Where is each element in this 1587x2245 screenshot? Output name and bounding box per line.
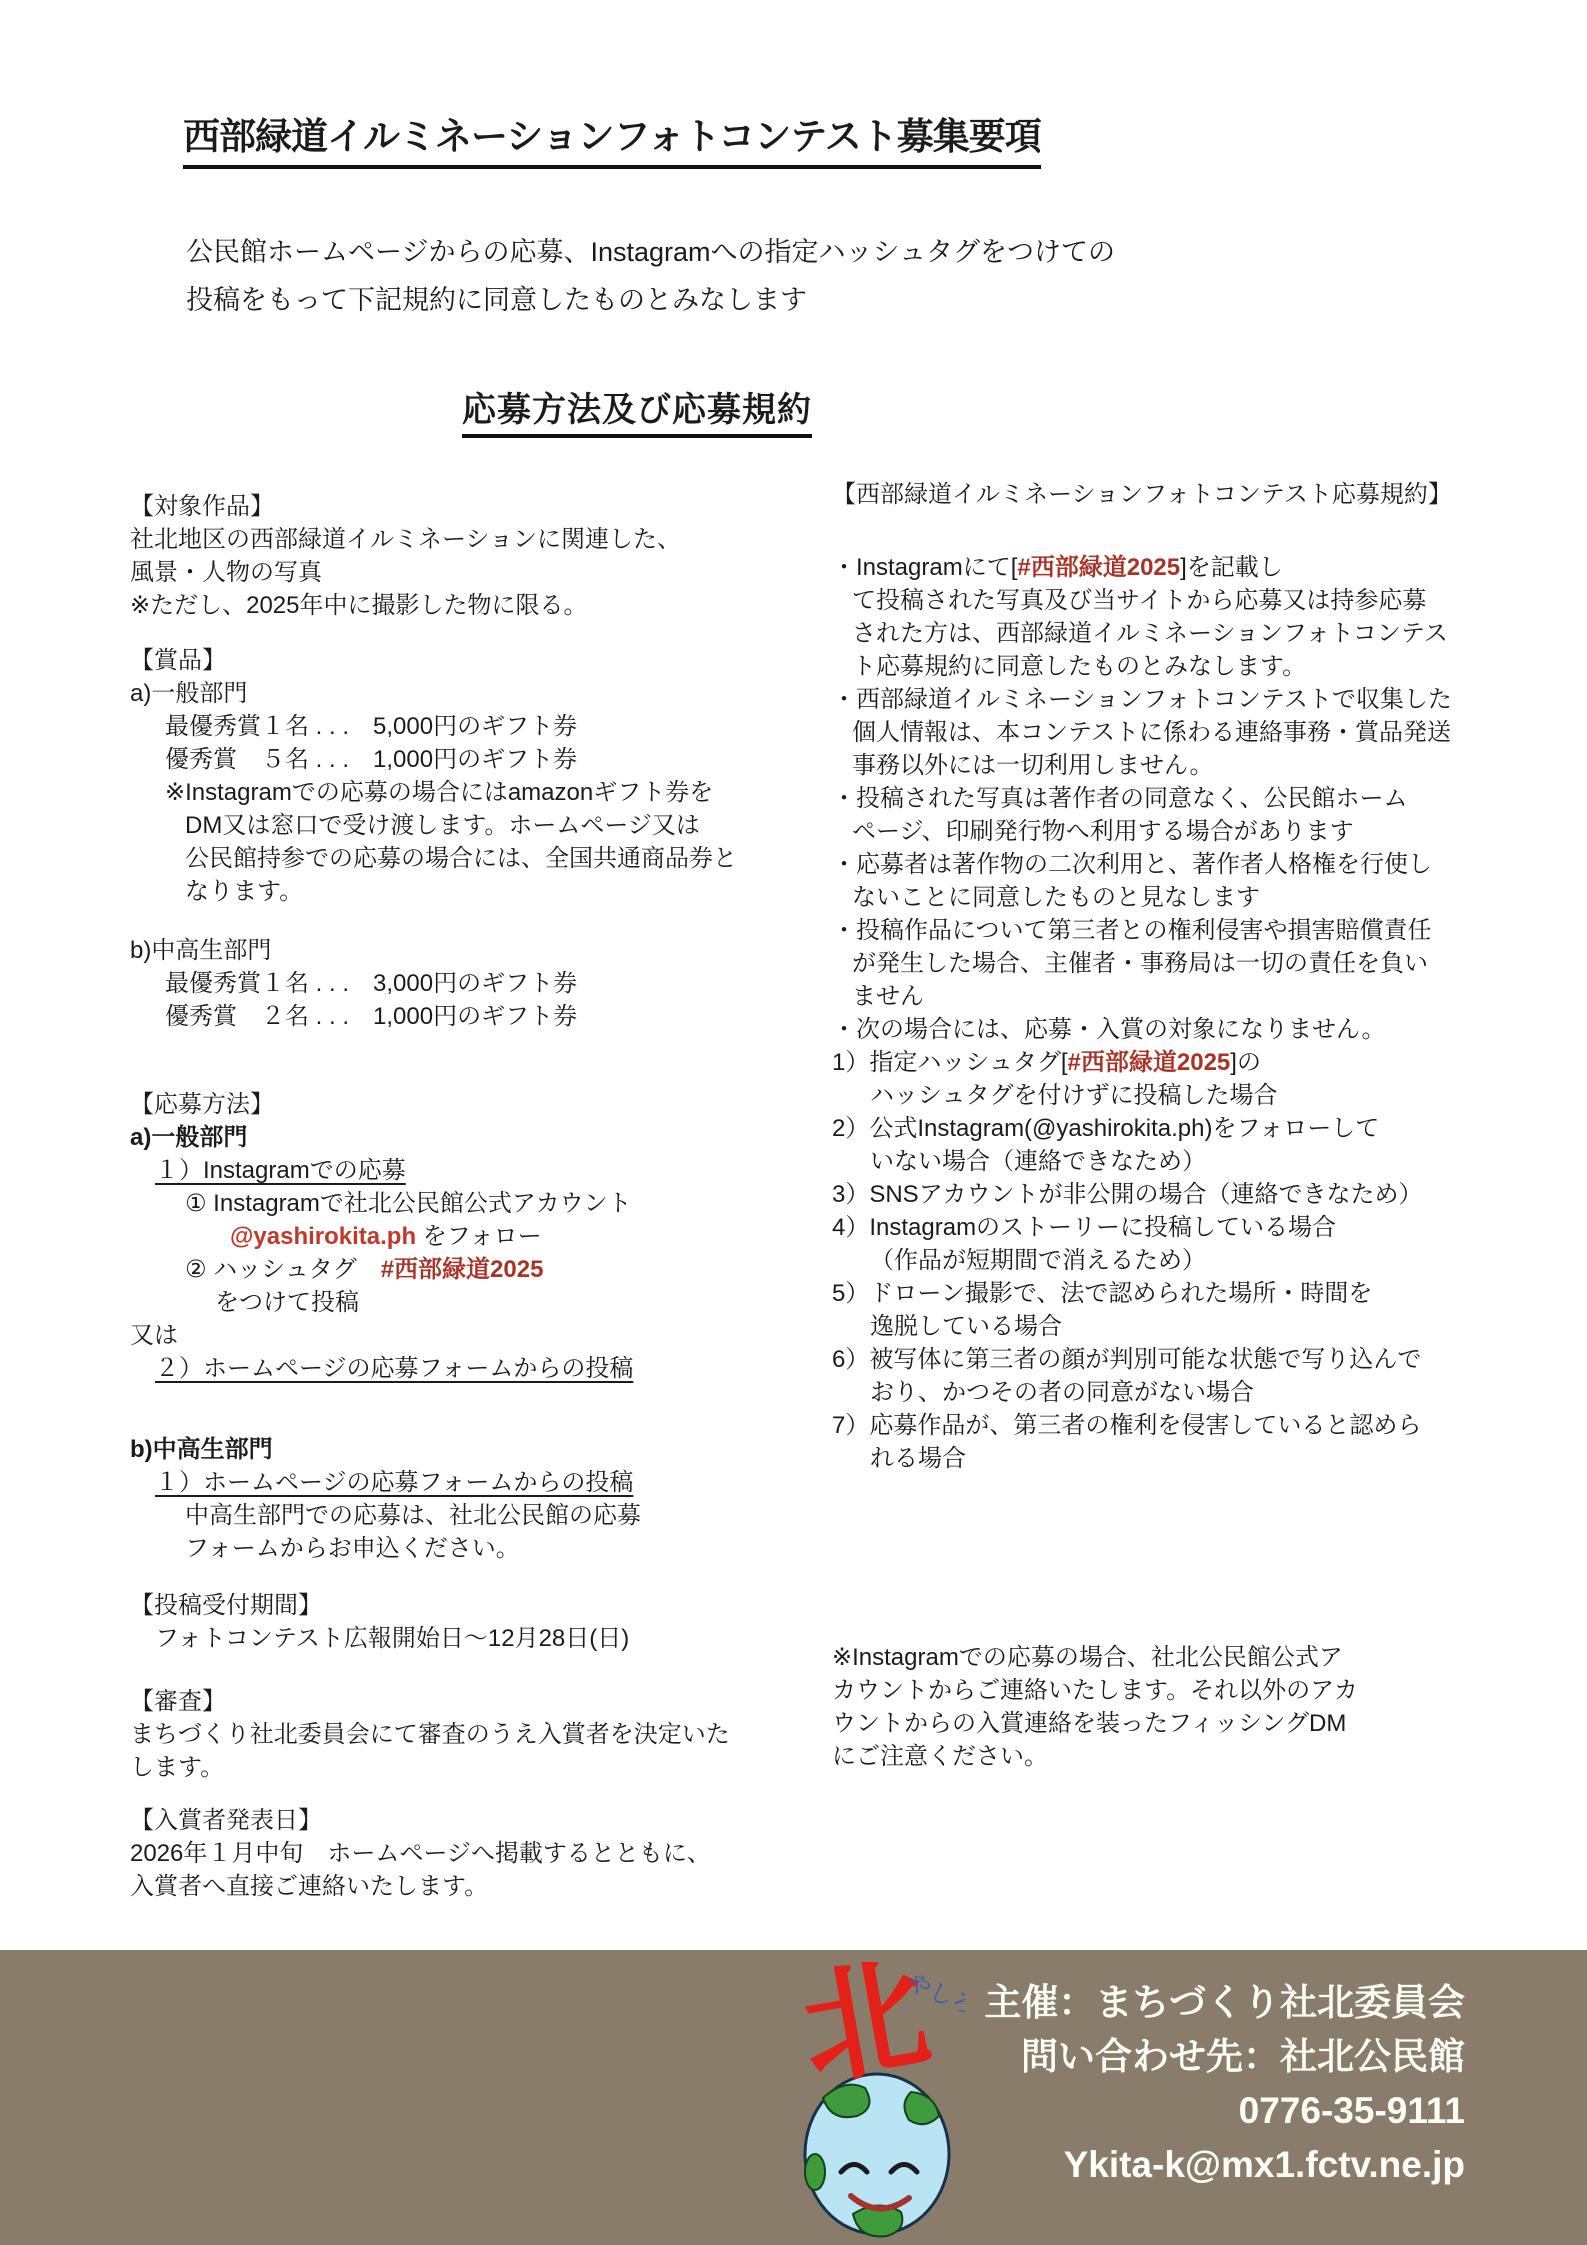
target-works-label: 【対象作品】 xyxy=(130,490,730,523)
exclusion-line: 逸脱している場合 xyxy=(832,1310,1492,1343)
rule-line: ません xyxy=(832,980,1492,1013)
entry-step-1: ① Instagramで社北公民館公式アカウント xyxy=(130,1187,730,1220)
judging-line: まちづくり社北委員会にて審査のうえ入賞者を決定いた xyxy=(130,1718,730,1751)
announcement-line: 入賞者へ直接ご連絡いたします。 xyxy=(130,1870,730,1903)
rule-bullet: ・投稿された写真は著作者の同意なく、公民館ホーム xyxy=(832,782,1492,815)
footer-contact-block: 主催：まちづくり社北委員会 問い合わせ先：社北公民館 0776-35-9111 … xyxy=(984,1976,1465,2192)
contact-line: 問い合わせ先：社北公民館 xyxy=(984,2030,1465,2084)
phone-number: 0776-35-9111 xyxy=(984,2084,1465,2138)
prize-note-line: ※Instagramでの応募の場合にはamazonギフト券を xyxy=(130,776,730,809)
rule-bullet: ・投稿作品について第三者との権利侵害や損害賠償責任 xyxy=(832,914,1492,947)
entry-student-line: フォームからお申込ください。 xyxy=(130,1532,730,1565)
continent-shape xyxy=(805,2154,825,2190)
target-works-line: 風景・人物の写真 xyxy=(130,556,730,589)
exclusion-item: 1）指定ハッシュタグ[#西部緑道2025]の xyxy=(832,1046,1492,1079)
exclusion-item: 4）Instagramのストーリーに投稿している場合 xyxy=(832,1211,1492,1244)
intro-line: 投稿をもって下記規約に同意したものとみなします xyxy=(186,276,1115,324)
prize-line: 最優秀賞１名 . . . 3,000円のギフト券 xyxy=(130,967,730,1000)
period-label: 【投稿受付期間】 xyxy=(130,1589,730,1622)
announcement-label: 【入賞者発表日】 xyxy=(130,1804,730,1837)
prizes-section: 【賞品】 a)一般部門 最優秀賞１名 . . . 5,000円のギフト券 優秀賞… xyxy=(130,644,730,908)
prize-line: 優秀賞 ５名 . . . 1,000円のギフト券 xyxy=(130,743,730,776)
judging-label: 【審査】 xyxy=(130,1685,730,1718)
yashirokita-earth-logo: 北 やしろ xyxy=(795,1962,965,2242)
rule-bullet: ・西部緑道イルミネーションフォトコンテストで収集した xyxy=(832,683,1492,716)
rule-bullet: ・次の場合には、応募・入賞の対象になりません。 xyxy=(832,1013,1492,1046)
period-section: 【投稿受付期間】 フォトコンテスト広報開始日～12月28日(日) xyxy=(130,1589,730,1655)
exclusion-line: （作品が短期間で消えるため） xyxy=(832,1244,1492,1277)
exclusion-line: ハッシュタグを付けずに投稿した場合 xyxy=(832,1079,1492,1112)
entry-student-line: 中高生部門での応募は、社北公民館の応募 xyxy=(130,1499,730,1532)
prizes-student-head: b)中高生部門 xyxy=(130,934,730,967)
exclusion-item: 2）公式Instagram(@yashirokita.ph)をフォローして xyxy=(832,1112,1492,1145)
rule-line: 個人情報は、本コンテストに係わる連絡事務・賞品発送 xyxy=(832,716,1492,749)
prize-note-line: なります。 xyxy=(130,875,730,908)
prize-line: 優秀賞 ２名 . . . 1,000円のギフト券 xyxy=(130,1000,730,1033)
warning-line: ※Instagramでの応募の場合、社北公民館公式ア xyxy=(832,1641,1492,1674)
organizer-line: 主催：まちづくり社北委員会 xyxy=(984,1976,1465,2030)
intro-line: 公民館ホームページからの応募、Instagramへの指定ハッシュタグをつけての xyxy=(186,228,1115,276)
rule-line: ないことに同意したものと見なします xyxy=(832,881,1492,914)
entry-method-label: 【応募方法】 xyxy=(130,1088,730,1121)
rules-heading: 【西部緑道イルミネーションフォトコンテスト応募規約】 xyxy=(832,478,1492,511)
email-address: Ykita-k@mx1.fctv.ne.jp xyxy=(984,2138,1465,2192)
entry-student-form-head: １）ホームページの応募フォームからの投稿 xyxy=(130,1466,730,1499)
entry-student-section: b)中高生部門 １）ホームページの応募フォームからの投稿 中高生部門での応募は、… xyxy=(130,1433,730,1565)
prizes-student-section: b)中高生部門 最優秀賞１名 . . . 3,000円のギフト券 優秀賞 ２名 … xyxy=(130,934,730,1033)
rule-line: ト応募規約に同意したものとみなします。 xyxy=(832,650,1492,683)
prize-note-line: DM又は窓口で受け渡します。ホームページ又は xyxy=(130,809,730,842)
hashtag: #西部緑道2025 xyxy=(1017,554,1180,581)
exclusion-item: 5）ドローン撮影で、法で認められた場所・時間を xyxy=(832,1277,1492,1310)
rule-line: て投稿された写真及び当サイトから応募又は持参応募 xyxy=(832,584,1492,617)
entry-account-line: @yashirokita.ph をフォロー xyxy=(130,1220,730,1253)
judging-section: 【審査】 まちづくり社北委員会にて審査のうえ入賞者を決定いた します。 xyxy=(130,1685,730,1784)
warning-line: にご注意ください。 xyxy=(832,1740,1492,1773)
rule-line: が発生した場合、主催者・事務局は一切の責任を負い xyxy=(832,947,1492,980)
hashtag: #西部緑道2025 xyxy=(1068,1049,1231,1076)
target-works-line: 社北地区の西部緑道イルミネーションに関連した、 xyxy=(130,523,730,556)
announcement-section: 【入賞者発表日】 2026年１月中旬 ホームページへ掲載するとともに、 入賞者へ… xyxy=(130,1804,730,1903)
entry-student-head: b)中高生部門 xyxy=(130,1433,730,1466)
exclusion-item: 3）SNSアカウントが非公開の場合（連絡できなため） xyxy=(832,1178,1492,1211)
phishing-warning: ※Instagramでの応募の場合、社北公民館公式ア カウントからご連絡いたしま… xyxy=(832,1641,1492,1773)
exclusion-line: れる場合 xyxy=(832,1442,1492,1475)
exclusion-item: 7）応募作品が、第三者の権利を侵害していると認めら xyxy=(832,1409,1492,1442)
continent-shape xyxy=(904,2092,939,2124)
rules-list: ・Instagramにて[#西部緑道2025]を記載し て投稿された写真及び当サ… xyxy=(832,551,1492,1475)
warning-line: ウントからの入賞連絡を装ったフィッシングDM xyxy=(832,1707,1492,1740)
instagram-account: @yashirokita.ph xyxy=(230,1223,416,1250)
entry-general-head: a)一般部門 xyxy=(130,1121,730,1154)
prizes-label: 【賞品】 xyxy=(130,644,730,677)
rule-bullet: ・応募者は著作物の二次利用と、著作者人格権を行使し xyxy=(832,848,1492,881)
entry-homepage-head: ２）ホームページの応募フォームからの投稿 xyxy=(130,1352,730,1385)
entry-method-section: 【応募方法】 a)一般部門 １）Instagramでの応募 ① Instagra… xyxy=(130,1088,730,1385)
exclusion-line: おり、かつその者の同意がない場合 xyxy=(832,1376,1492,1409)
target-works-section: 【対象作品】 社北地区の西部緑道イルミネーションに関連した、 風景・人物の写真 … xyxy=(130,490,730,622)
entry-step-2: ② ハッシュタグ #西部緑道2025 xyxy=(130,1253,730,1286)
intro-paragraph: 公民館ホームページからの応募、Instagramへの指定ハッシュタグをつけての … xyxy=(186,228,1115,324)
rule-bullet: ・Instagramにて[#西部緑道2025]を記載し xyxy=(832,551,1492,584)
flyer-page: 西部緑道イルミネーションフォトコンテスト募集要項 公民館ホームページからの応募、… xyxy=(0,0,1587,2245)
footer-band: 北 やしろ 主催：まちづくり社北委員会 問い合わせ先：社北公民館 0776-35… xyxy=(0,1950,1587,2245)
entry-or: 又は xyxy=(130,1319,730,1352)
prize-note-line: 公民館持参での応募の場合には、全国共通商品券と xyxy=(130,842,730,875)
announcement-line: 2026年１月中旬 ホームページへ掲載するとともに、 xyxy=(130,1837,730,1870)
period-line: フォトコンテスト広報開始日～12月28日(日) xyxy=(130,1622,730,1655)
prizes-general-head: a)一般部門 xyxy=(130,677,730,710)
entry-step-2-cont: をつけて投稿 xyxy=(130,1286,730,1319)
right-column: 【西部緑道イルミネーションフォトコンテスト応募規約】 ・Instagramにて[… xyxy=(832,478,1492,1773)
exclusion-line: いない場合（連絡できなため） xyxy=(832,1145,1492,1178)
warning-line: カウントからご連絡いたします。それ以外のアカ xyxy=(832,1674,1492,1707)
rule-line: 事務以外には一切利用しません。 xyxy=(832,749,1492,782)
section-heading: 応募方法及び応募規約 xyxy=(462,382,812,438)
hashtag: #西部緑道2025 xyxy=(381,1256,544,1283)
rule-line: された方は、西部緑道イルミネーションフォトコンテス xyxy=(832,617,1492,650)
left-column: 【対象作品】 社北地区の西部緑道イルミネーションに関連した、 風景・人物の写真 … xyxy=(130,482,730,1903)
page-title: 西部緑道イルミネーションフォトコンテスト募集要項 xyxy=(183,106,1041,169)
prize-line: 最優秀賞１名 . . . 5,000円のギフト券 xyxy=(130,710,730,743)
judging-line: します。 xyxy=(130,1751,730,1784)
rule-line: ページ、印刷発行物へ利用する場合があります xyxy=(832,815,1492,848)
entry-instagram-head: １）Instagramでの応募 xyxy=(130,1154,730,1187)
target-works-line: ※ただし、2025年中に撮影した物に限る。 xyxy=(130,589,730,622)
exclusion-item: 6）被写体に第三者の顔が判別可能な状態で写り込んで xyxy=(832,1343,1492,1376)
